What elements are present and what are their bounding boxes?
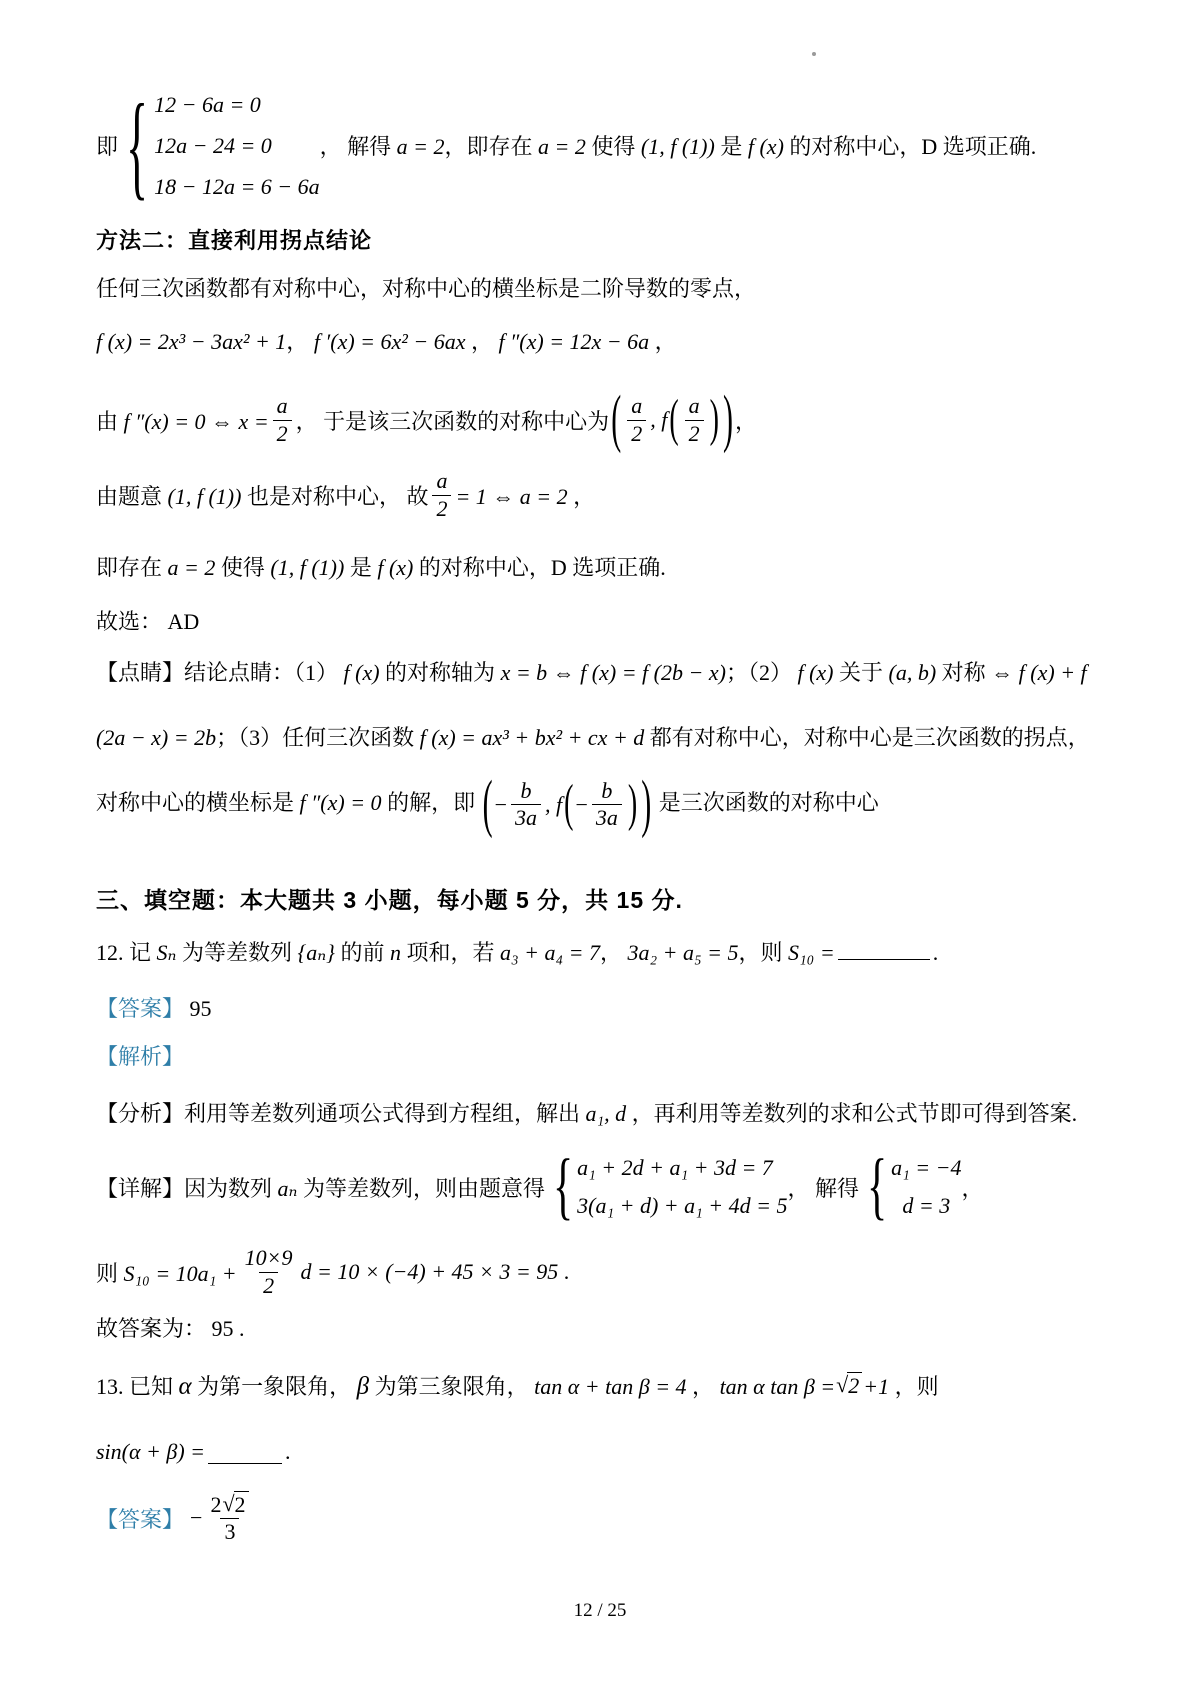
text-fragment: 是 [715,134,748,159]
fraction: a 2 [685,393,704,447]
minus-sign: − [575,772,587,837]
method2-heading: 方法二：直接利用拐点结论 [96,224,372,255]
text-fragment: tan α tan β = [720,1374,836,1399]
text-fragment: (1, f (1)) [270,555,344,580]
text-fragment: a₁, d [586,1101,627,1126]
answer-12: 【答案】 95 [96,992,212,1023]
minus-sign: − [190,1505,202,1531]
detail-solution-line: 【详解】因为数列 aₙ 为等差数列，则由题意得 { a₁ + 2d + a₁ +… [96,1152,984,1222]
text-fragment: tan α + tan β = 4 [534,1374,686,1399]
text-fragment: 故答案为： 95 . [96,1316,245,1341]
text-fragment: f (x) [344,660,380,685]
problem-12: 12. 记 Sₙ 为等差数列 {aₙ} 的前 n 项和，若 a₃ + a₄ = … [96,936,938,967]
numerator: a [273,393,292,419]
system-row: 3(a₁ + d) + a₁ + 4d = 5 [577,1187,787,1225]
center-formula-group: (−b3a, f(−b3a)) [481,772,654,837]
text-fragment: β [357,1373,369,1400]
text-fragment: = 1 ⇔ a = 2 [455,484,567,509]
text-fragment: (1, f (1)) [641,134,715,159]
big-left-paren: ( [483,773,493,838]
text-fragment: ， [687,1374,720,1399]
text-fragment: ， 解得 [320,134,397,159]
numerator: b [597,778,616,804]
inner-right-paren: ) [628,779,637,831]
text-fragment: 也是对称中心， 故 [241,484,428,509]
analysis-text: 【分析】利用等差数列通项公式得到方程组，解出 a₁, d ，再利用等差数列的求和… [96,1097,1077,1128]
text-fragment: 对称 [936,660,991,685]
text-run: 由题意 (1, f (1)) 也是对称中心， 故 [96,480,428,511]
text-fragment: x = b ⇔ f (x) = f (2b − x) [501,660,726,685]
answer-choice-value: AD [168,609,200,634]
analysis-label: 【解析】 [96,1044,184,1069]
denominator: 2 [432,495,451,522]
system-solve-line: 即 { 12 − 6a = 012a − 24 = 018 − 12a = 6 … [96,84,1036,207]
text-fragment: ， [465,329,498,354]
text-fragment: n [390,940,401,965]
text-fragment: f ′(x) = 6x² − 6ax [314,329,466,354]
text-fragment: 使得 [586,134,641,159]
text-fragment: sin(α + β) = [96,1439,205,1464]
sqrt-radical: √ 2 [836,1372,862,1399]
text-fragment: 是 [344,555,377,580]
denominator: 2 [685,420,704,447]
text-fragment: ， [286,329,314,354]
line-tail: . [285,1439,291,1465]
fraction: a 2 [273,393,292,447]
text-fragment: ，再利用等差数列的求和公式节即可得到答案. [626,1101,1077,1126]
denominator: 3a [592,804,622,831]
text-fragment: ；（3）任何三次函数 [216,725,420,750]
equation-system: a₁ = −4d = 3 [891,1149,961,1225]
text-run: = 1 ⇔ a = 2 ， [455,480,595,511]
text-fragment: f (x) = 2x³ − 3ax² + 1 [96,329,286,354]
text-fragment: Sₙ [157,940,177,965]
text-fragment: 12. 记 [96,940,157,965]
text-fragment: (1, f (1)) [168,484,242,509]
text-fragment: aₙ [278,1176,298,1201]
sqrt-radical: √ 2 [222,1491,248,1518]
text-fragment: 13. 已知 [96,1374,179,1399]
derivatives-line: f (x) = 2x³ − 3ax² + 1， f ′(x) = 6x² − 6… [96,325,677,356]
numerator: a [627,393,646,419]
center-condition-line: 由题意 (1, f (1)) 也是对称中心， 故 a 2 = 1 ⇔ a = 2… [96,462,595,528]
denominator: 3a [511,804,541,831]
big-left-paren: ( [611,388,621,453]
inner-left-paren: ( [564,779,573,831]
system-row: a₁ + 2d + a₁ + 3d = 7 [577,1149,787,1187]
fraction: b3a [511,778,541,832]
text-fragment: f ″(x) = 0 ⇔ x = [124,409,269,434]
answer-label: 【答案】 [96,1503,184,1534]
text-fragment: 为第三象限角， [369,1374,534,1399]
text-fragment: . [558,1259,569,1284]
text-fragment: 则 [96,1261,124,1286]
line-tail: ， [962,1172,984,1203]
comma-f: , f [650,407,667,433]
comma-f: , f [545,772,562,837]
text-fragment: 【分析】利用等差数列通项公式得到方程组，解出 [96,1101,586,1126]
left-brace: { [126,87,148,204]
text-fragment: a = 2 [538,134,586,159]
text-after: 是三次函数的对称中心 [653,790,879,815]
text-fragment: 为等差数列 [176,940,297,965]
text-run: 【详解】因为数列 aₙ 为等差数列，则由题意得 [96,1172,545,1203]
text-fragment: d = 10 × (−4) + 45 × 3 = 95 [301,1259,559,1284]
text-fragment: (a, b) [889,660,937,685]
text-fragment: 的对称中心，D 选项正确. [784,134,1036,159]
denominator: 2 [273,420,292,447]
numerator: 2 √ 2 [206,1491,253,1518]
sqrt-argument: 2 [234,1491,249,1518]
text-fragment: ， [600,940,628,965]
inflection-center-line: 由 f ″(x) = 0 ⇔ x = a 2 ， 于是该三次函数的对称中心为 (… [96,378,757,462]
problem-13: 13. 已知 α 为第一象限角， β 为第三象限角， tan α + tan β… [96,1360,939,1410]
numerator: b [517,778,536,804]
page-number: 12 / 25 [0,1600,1200,1622]
text-fragment: 由 [96,409,124,434]
text-fragment: ， 于是该三次函数的对称中心为 [296,409,610,434]
text-fragment: ，即存在 [445,134,539,159]
text-fragment: ， [649,329,677,354]
fraction: a 2 [432,468,451,522]
line-tail: ， [735,405,757,436]
answer-13: 【答案】 − 2 √ 2 3 [96,1480,258,1556]
text-fragment: ， 解得 [787,1176,859,1201]
text-fragment: +1 [863,1374,889,1399]
text-run: ， 解得 [787,1172,859,1203]
tip-paragraph: 【点睛】结论点睛：（1） f (x) 的对称轴为 x = b ⇔ f (x) =… [96,640,1110,837]
denominator: 2 [627,420,646,447]
inner-left-paren: ( [669,394,678,446]
analysis-section-label: 【解析】 [96,1040,184,1071]
text-fragment: f (x) = ax³ + bx² + cx + d [420,725,645,750]
line-prefix: 即 [96,130,118,161]
text-fragment: 为等差数列，则由题意得 [297,1176,545,1201]
text-fragment: 的解，即 [382,790,481,815]
answer-label: 【答案】 [96,996,184,1021]
text-fragment: f (x) [377,555,413,580]
text-run: 由 f ″(x) = 0 ⇔ x = [96,405,269,436]
equation-system: 12 − 6a = 012a − 24 = 018 − 12a = 6 − 6a [154,84,320,207]
answer-value: 95 [190,996,212,1021]
text-fragment: 的对称中心，D 选项正确. [413,555,665,580]
denominator: 3 [220,1518,239,1545]
text-fragment: {aₙ} [297,940,335,965]
big-right-paren: ) [641,773,651,838]
inner-right-paren: ) [710,394,719,446]
cubic-symmetry-intro: 任何三次函数都有对称中心，对称中心的横坐标是二阶导数的零点， [96,272,756,303]
text-fragment: ， [568,484,596,509]
left-brace: { [867,1149,887,1225]
text-run: d = 10 × (−4) + 45 × 3 = 95 . [301,1259,570,1285]
fraction: 10×9 2 [241,1245,297,1299]
text-run: 12. 记 Sₙ 为等差数列 {aₙ} 的前 n 项和，若 a₃ + a₄ = … [96,940,835,965]
system-row: d = 3 [891,1187,961,1225]
stray-dot [812,52,816,56]
text-fragment: a = 2 [397,134,445,159]
conclusion-line: 即存在 a = 2 使得 (1, f (1)) 是 f (x) 的对称中心，D … [96,551,666,582]
problem-13-question-line: sin(α + β) = . [96,1432,291,1472]
text-fragment: a = 2 [168,555,216,580]
text-run: 13. 已知 α 为第一象限角， β 为第三象限角， tan α + tan β… [96,1370,835,1401]
text-fragment: 项和，若 [401,940,500,965]
fraction: a 2 [627,393,646,447]
sqrt-argument: 2 [847,1372,862,1399]
text-fragment: 3a₂ + a₅ = 5 [628,940,739,965]
fraction: b3a [592,778,622,832]
text-fragment: 【点睛】结论点睛：（1） [96,660,344,685]
equation-system: a₁ + 2d + a₁ + 3d = 73(a₁ + d) + a₁ + 4d… [577,1149,787,1225]
text-fragment: 由题意 [96,484,168,509]
text-fragment: f ″(x) = 12x − 6a [499,329,650,354]
numerator: a [685,393,704,419]
denominator: 2 [259,1272,278,1299]
text-fragment: 为第一象限角， [192,1374,357,1399]
big-right-paren: ) [723,388,733,453]
sum-calculation-line: 则 S₁₀ = 10a₁ + 10×9 2 d = 10 × (−4) + 45… [96,1240,569,1304]
numerator: a [432,468,451,494]
line-tail: . [933,940,939,965]
text-fragment: 的前 [335,940,390,965]
text-fragment: f (x) [748,134,784,159]
minus-sign: − [495,772,507,837]
coefficient: 2 [210,1492,221,1518]
system-row: 18 − 12a = 6 − 6a [154,166,320,207]
fraction: 2 √ 2 3 [206,1491,253,1546]
text-fragment: f (x) [797,660,833,685]
text-fragment: ，则 [889,1374,939,1399]
text-fragment: S₁₀ = 10a₁ + [124,1261,237,1286]
text-fragment: a₃ + a₄ = 7 [500,940,600,965]
section-heading-fill-in: 三、填空题：本大题共 3 小题，每小题 5 分，共 15 分. [96,882,683,915]
system-row: a₁ = −4 [891,1149,961,1187]
text-run: 则 S₁₀ = 10a₁ + [96,1257,237,1288]
answer-choice-line: 故选： AD [96,605,199,636]
text-fragment: 关于 [833,660,888,685]
answer-blank [208,1441,282,1464]
left-brace: { [553,1149,573,1225]
text-fragment: ，则 [739,940,789,965]
answer-blank [838,937,930,960]
text-fragment: 使得 [215,555,270,580]
numerator: 10×9 [241,1245,297,1271]
system-row: 12 − 6a = 0 [154,84,320,125]
text-fragment: α [179,1373,192,1400]
system-row: 12a − 24 = 0 [154,125,320,166]
text-run: sin(α + β) = [96,1439,205,1465]
document-page: 即 { 12 − 6a = 012a − 24 = 018 − 12a = 6 … [0,0,1200,1697]
text-fragment: 【详解】因为数列 [96,1176,278,1201]
text-run: ， 解得 a = 2，即存在 a = 2 使得 (1, f (1)) 是 f (… [320,130,1037,161]
text-fragment: ；（2） [726,660,798,685]
text-fragment: 即存在 [96,555,168,580]
text-fragment: 的对称轴为 [380,660,501,685]
text-fragment: f ″(x) = 0 [300,790,382,815]
text-run: +1 ，则 [863,1370,938,1401]
answer-choice-label: 故选： [96,609,162,634]
final-answer-12: 故答案为： 95 . [96,1312,245,1343]
text-run: ， 于是该三次函数的对称中心为 [296,405,610,436]
text-fragment: S₁₀ = [788,940,835,965]
